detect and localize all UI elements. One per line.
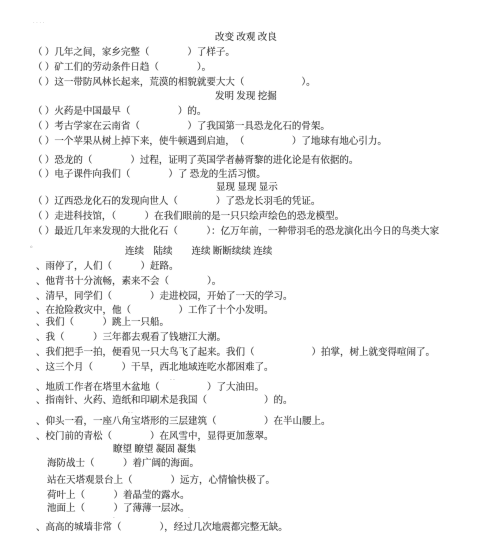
exercise-line: 、仰头一看，一座八角宝塔形的三层建筑（ ）在半山腰上。 [36,416,331,428]
exercise-line: （ ）辽西恐龙化石的发现向世人（ ）了恐龙长羽毛的凭证。 [33,196,320,208]
exercise-line: （ ）几年之间，家乡完整（ ）了样子。 [33,47,235,59]
exercise-line: 站在天塔观景台上（ ）远方，心情愉快极了。 [47,475,275,487]
exercise-line: （ ）电子课件向我们（ ）了 恐龙的生活习惯。 [33,169,266,181]
word-bank-header: 连续 陆续 连续 断断续续 连续 [125,246,272,258]
exercise-line: （ ）这一带防风林长起来，荒漠的相貌就要大大（ ）。 [33,77,316,89]
continuation-mark: 。 [30,239,37,251]
exercise-line: 、我们把手一拍，便看见一只大鸟飞了起来。我们（ ）拍掌，树上就变得喧闹了。 [36,347,435,359]
exercise-line: 、他背书十分流畅，素来不会（ ）。 [36,276,221,288]
exercise-line: （ ）恐龙的（ ）过程，证明了英国学者赫胥黎的进化论是有依据的。 [33,155,358,167]
worksheet-page: ····改变 改观 改良（ ）几年之间，家乡完整（ ）了样子。（ ）矿工们的劳动… [0,0,500,552]
exercise-line: （ ）一个苹果从树上掉下来，使牛顿遇到启迪， （ ）了地球有地心引力。 [33,136,387,148]
word-bank-header: 改变 改观 改良 [215,32,277,44]
exercise-line: 海防战士（ ）着广阔的海面。 [47,458,199,470]
exercise-line: （ ）考古学家在云南省（ ）了我国第一具恐龙化石的骨架。 [33,121,330,133]
exercise-line: 、地质工作者在塔里木盆地（ ）了大油田。 [36,382,264,394]
exercise-line: （ ）走进科技馆，（ ）在我们眼前的是一只只绘声绘色的恐龙模型。 [33,211,344,223]
exercise-line: 、校门前的青松（ ）在风雪中，显得更加葱翠。 [36,431,274,443]
exercise-line: 、指南针、火药、造纸和印刷术是我国（ ）的。 [36,395,293,407]
word-bank-header: 显现 显现 显示 [216,182,278,194]
exercise-line: 池面上（ ）了薄薄一层冰。 [47,503,190,515]
exercise-line: （ ）最近几年来发现的大批化石（ ）：亿万年前，一种带羽毛的恐龙演化出今日的鸟类… [33,226,439,238]
exercise-line: （ ）矿工们的劳动条件日趋（ ）。 [33,62,211,74]
word-bank-header: 发明 发现 挖掘 [215,91,277,103]
exercise-line: 、高高的城墙非常（ ），经过几次地震都完整无缺。 [36,522,288,534]
exercise-line: 、我（ ）三年都去观看了钱塘江大潮。 [36,332,226,344]
exercise-line: 、在抢险救灾中，他（ ）工作了十个小发明。 [36,305,274,317]
exercise-line: 、我们（ ）跳上一只船。 [36,317,169,329]
exercise-line: 荷叶上（ ）着晶莹的露水。 [47,490,190,502]
scan-artifact-mark: ···· [33,18,46,30]
word-bank-header: 瞭望 瞭望 凝固 凝集 [113,444,196,456]
exercise-line: 、这三个月（ ）干旱，西北地域连吃水都困难了。 [36,362,274,374]
exercise-line: 、雨停了，人们（ ）赶路。 [36,261,179,273]
exercise-line: 、清早，同学们（ ）走进校园，开始了一天的学习。 [36,291,293,303]
exercise-line: （ ）火药是中国最早（ ）的。 [33,106,206,118]
